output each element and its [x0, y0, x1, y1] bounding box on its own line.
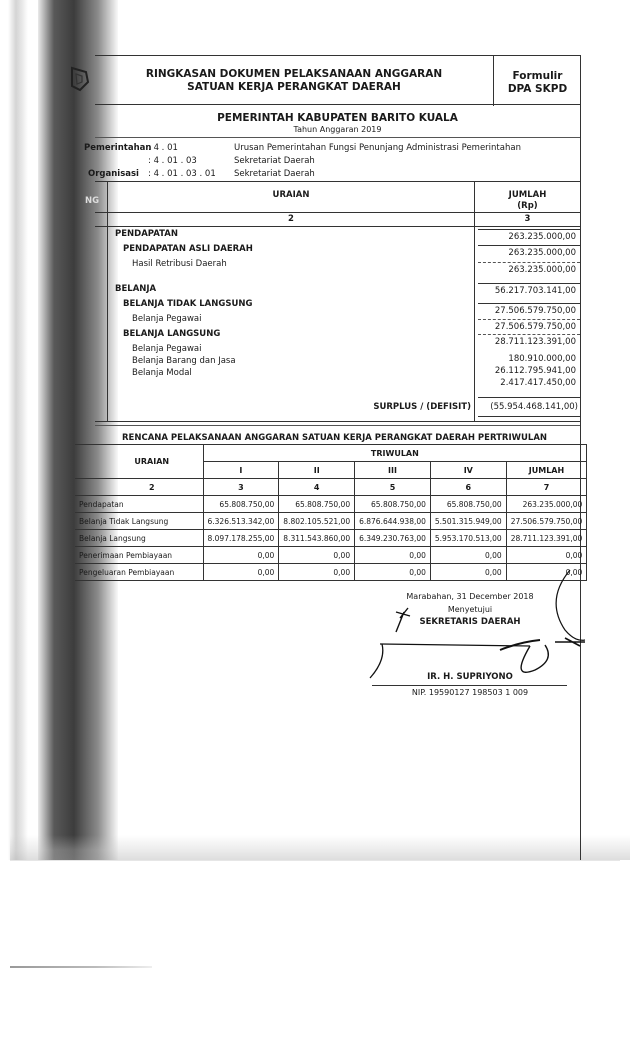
surplus-value: (55.954.468.141,00): [478, 402, 578, 412]
quarterly-cell-q1: 8.097.178.255,00: [203, 530, 279, 547]
col-header-jumlah-line2: (Rp): [475, 201, 580, 212]
quarterly-cell-q3: 6.876.644.938,00: [355, 513, 431, 530]
regency-emblem-icon: [68, 66, 90, 92]
quarterly-cell-q1: 0,00: [203, 564, 279, 581]
table-border: [95, 181, 580, 182]
quarterly-cell-q4: 5.501.315.949,00: [430, 513, 506, 530]
q-col-number: 4: [279, 479, 355, 496]
document-header: RINGKASAN DOKUMEN PELAKSANAAN ANGGARAN S…: [95, 55, 580, 105]
meta-label: Organisasi: [70, 168, 148, 181]
q-col-jumlah: JUMLAH: [506, 462, 587, 479]
quarterly-cell-q3: 65.808.750,00: [355, 496, 431, 513]
fiscal-year: Tahun Anggaran 2019: [95, 125, 580, 134]
quarterly-row-label: Pengeluaran Pembiayaan: [75, 564, 203, 581]
surplus-label: SURPLUS / (DEFISIT): [300, 402, 475, 413]
summary-row-label: Belanja Barang dan Jasa: [132, 356, 236, 366]
q-col-number: 5: [355, 479, 431, 496]
quarterly-cell-q4: 5.953.170.513,00: [430, 530, 506, 547]
quarterly-row-label: Pendapatan: [75, 496, 203, 513]
summary-row-value: 56.217.703.141,00: [495, 286, 576, 296]
table-border: [95, 226, 580, 227]
meta-label: Pemerintahan: [70, 142, 148, 155]
q-col-q3: III: [355, 462, 431, 479]
quarterly-cell-q3: 6.349.230.763,00: [355, 530, 431, 547]
quarterly-cell-q2: 8.311.543.860,00: [279, 530, 355, 547]
quarterly-cell-q1: 0,00: [203, 547, 279, 564]
signatory-nip: NIP. 19590127 198503 1 009: [375, 688, 565, 697]
quarterly-cell-q1: 6.326.513.342,00: [203, 513, 279, 530]
q-col-uraian: URAIAN: [75, 445, 203, 479]
col-header-kode: NG: [78, 196, 106, 207]
meta-desc: Sekretariat Daerah: [234, 168, 315, 181]
scan-shadow-light: [8, 0, 28, 860]
summary-row-label: Belanja Pegawai: [132, 344, 201, 354]
quarterly-row: Belanja Langsung8.097.178.255,008.311.54…: [75, 530, 587, 547]
col-header-uraian: URAIAN: [108, 190, 474, 201]
value-cell-border: [478, 229, 580, 230]
meta-code: : 4 . 01: [148, 142, 234, 155]
summary-row-value-cell: 56.217.703.141,00: [108, 286, 580, 300]
document-title: RINGKASAN DOKUMEN PELAKSANAAN ANGGARAN S…: [95, 68, 493, 94]
meta-label: [70, 155, 148, 168]
value-cell-border: [478, 245, 580, 246]
q-col-number: 7: [506, 479, 587, 496]
handwritten-signature-icon: [360, 560, 590, 680]
col-number-uraian: 2: [108, 214, 474, 225]
q-col-number: 3: [203, 479, 279, 496]
summary-row-value: 263.235.000,00: [508, 248, 576, 258]
meta-divider: [95, 137, 580, 138]
quarterly-row-label: Belanja Tidak Langsung: [75, 513, 203, 530]
quarterly-row-label: Penerimaan Pembiayaan: [75, 547, 203, 564]
summary-row-label: Belanja Modal: [132, 368, 192, 378]
meta-code: : 4 . 01 . 03: [148, 155, 234, 168]
form-code: Formulir DPA SKPD: [495, 70, 580, 96]
meta-row-organisasi: : 4 . 01 . 03 Sekretariat Daerah: [70, 155, 521, 168]
quarterly-row: Pendapatan65.808.750,0065.808.750,0065.8…: [75, 496, 587, 513]
header-divider: [493, 56, 494, 106]
value-cell-border: [478, 319, 580, 320]
quarterly-cell-q2: 0,00: [279, 564, 355, 581]
quarterly-cell-total: 263.235.000,00: [506, 496, 587, 513]
meta-row-sub-unit: Organisasi : 4 . 01 . 03 . 01 Sekretaria…: [70, 168, 521, 181]
value-cell-border: [478, 303, 580, 304]
meta-desc: Sekretariat Daerah: [234, 155, 315, 168]
table-border: [95, 425, 580, 426]
table-border: [95, 421, 580, 422]
title-line-2: SATUAN KERJA PERANGKAT DAERAH: [95, 81, 493, 94]
government-name: PEMERINTAH KABUPATEN BARITO KUALA: [95, 112, 580, 124]
scan-noise: [10, 835, 630, 860]
summary-row-value: 263.235.000,00: [508, 232, 576, 242]
signature-underline: [372, 685, 567, 686]
quarterly-cell-q2: 0,00: [279, 547, 355, 564]
page-edge: [10, 860, 620, 861]
q-col-q4: IV: [430, 462, 506, 479]
form-line-1: Formulir: [495, 70, 580, 83]
q-col-number: 6: [430, 479, 506, 496]
government-block: PEMERINTAH KABUPATEN BARITO KUALA Tahun …: [95, 112, 580, 134]
meta-info: Pemerintahan : 4 . 01 Urusan Pemerintaha…: [70, 142, 521, 181]
meta-row-urusan: Pemerintahan : 4 . 01 Urusan Pemerintaha…: [70, 142, 521, 155]
col-number-jumlah: 3: [475, 214, 580, 225]
q-col-q1: I: [203, 462, 279, 479]
meta-code: : 4 . 01 . 03 . 01: [148, 168, 234, 181]
q-col-number: 2: [75, 479, 203, 496]
signatory-name: IR. H. SUPRIYONO: [375, 672, 565, 682]
summary-row-value-cell: 2.417.417.450,00: [108, 378, 580, 392]
title-line-1: RINGKASAN DOKUMEN PELAKSANAAN ANGGARAN: [95, 68, 493, 81]
form-line-2: DPA SKPD: [495, 83, 580, 96]
quarterly-title: RENCANA PELAKSANAAN ANGGARAN SATUAN KERJ…: [122, 433, 547, 443]
summary-row-value: 2.417.417.450,00: [500, 378, 576, 388]
table-border: [95, 212, 580, 213]
col-header-jumlah: JUMLAH (Rp): [475, 190, 580, 212]
q-col-triwulan: TRIWULAN: [203, 445, 587, 462]
scan-artifact-line: [10, 966, 152, 968]
quarterly-cell-q1: 65.808.750,00: [203, 496, 279, 513]
meta-desc: Urusan Pemerintahan Fungsi Penunjang Adm…: [234, 142, 521, 155]
quarterly-cell-q2: 65.808.750,00: [279, 496, 355, 513]
value-cell-border: [478, 334, 580, 335]
value-cell-border: [478, 283, 580, 284]
col-header-jumlah-line1: JUMLAH: [475, 190, 580, 201]
value-cell-border: [478, 262, 580, 263]
q-col-q2: II: [279, 462, 355, 479]
quarterly-cell-total: 28.711.123.391,00: [506, 530, 587, 547]
quarterly-cell-q4: 65.808.750,00: [430, 496, 506, 513]
summary-row-value: 263.235.000,00: [508, 265, 576, 275]
quarterly-row: Belanja Tidak Langsung6.326.513.342,008.…: [75, 513, 587, 530]
quarterly-cell-q2: 8.802.105.521,00: [279, 513, 355, 530]
quarterly-row-label: Belanja Langsung: [75, 530, 203, 547]
quarterly-cell-total: 27.506.579.750,00: [506, 513, 587, 530]
summary-row-value-cell: 263.235.000,00: [108, 265, 580, 279]
